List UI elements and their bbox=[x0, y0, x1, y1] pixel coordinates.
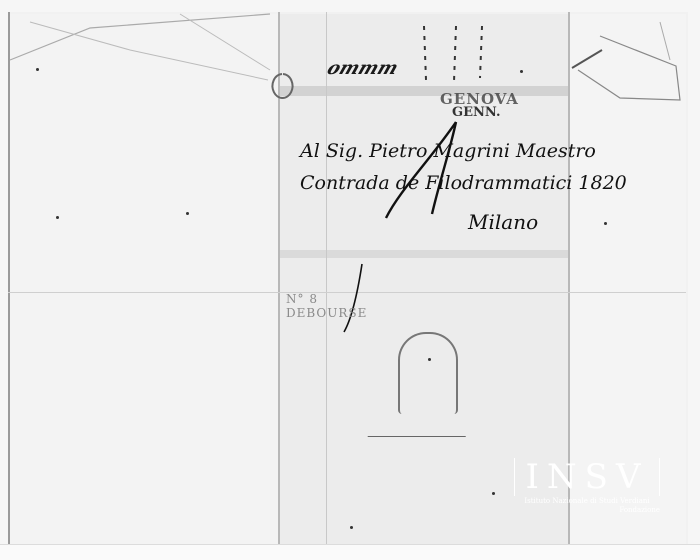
ink-spot bbox=[36, 68, 39, 71]
ink-spot bbox=[350, 526, 353, 529]
address-line-city: Milano bbox=[468, 210, 538, 234]
faded-stamp-line2: DEBOURSE bbox=[286, 306, 367, 320]
watermark-name: Istituto Nazionale di Studi Verdiani bbox=[514, 496, 660, 506]
insv-watermark: INSV Istituto Nazionale di Studi Verdian… bbox=[514, 458, 660, 522]
postmark-city: GENOVA bbox=[440, 92, 519, 106]
watermark-logo: INSV bbox=[514, 458, 660, 496]
ink-spot bbox=[520, 70, 523, 73]
address-line-recipient: Al Sig. Pietro Magrini Maestro bbox=[300, 140, 596, 162]
faded-stamp-line1: N° 8 bbox=[286, 292, 367, 306]
ink-spot bbox=[428, 358, 431, 361]
postmark-month: GENN. bbox=[440, 106, 519, 120]
ink-spot bbox=[186, 212, 189, 215]
ink-spot bbox=[492, 492, 495, 495]
seal-flap bbox=[368, 410, 471, 437]
top-stamp: ommm bbox=[324, 58, 401, 79]
postmark: GENOVA GENN. bbox=[440, 92, 519, 120]
ink-spot bbox=[604, 222, 607, 225]
watermark-subtitle: Fondazione bbox=[514, 506, 660, 515]
faded-stamp: N° 8 DEBOURSE bbox=[286, 292, 367, 320]
ink-spot bbox=[56, 216, 59, 219]
address-line-street: Contrada de Filodrammatici 1820 bbox=[300, 172, 627, 194]
wax-seal-outline bbox=[398, 332, 458, 414]
